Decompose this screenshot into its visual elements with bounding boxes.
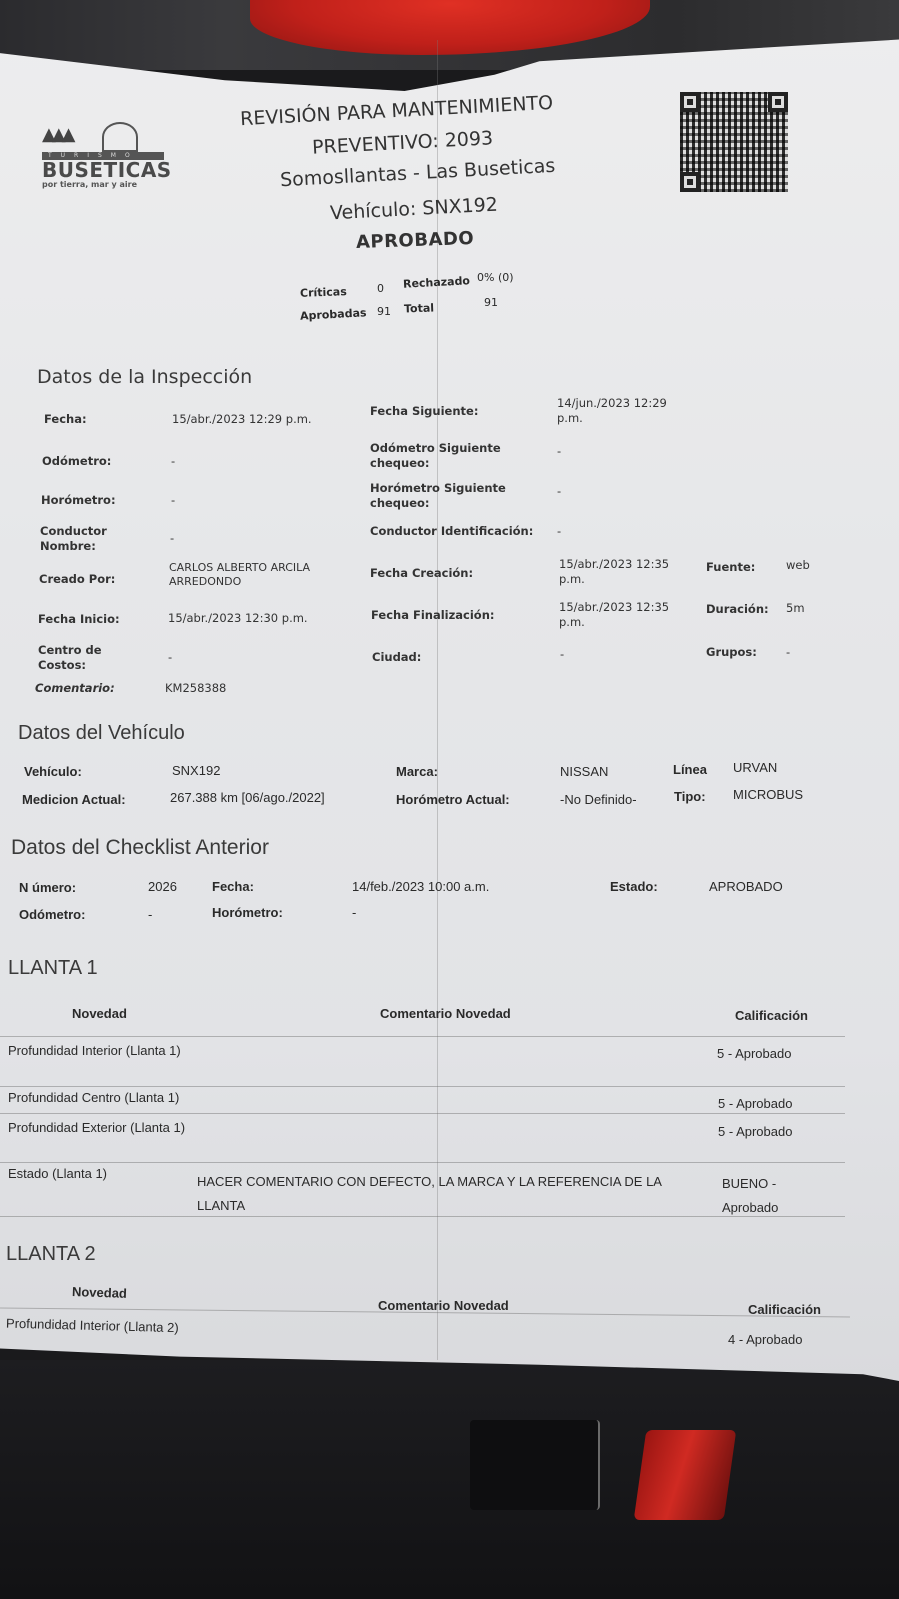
fecha-siguiente-value: 14/jun./2023 12:29 p.m. xyxy=(557,396,687,426)
fecha-label: Fecha: xyxy=(44,412,87,427)
table-row-novedad: Profundidad Exterior (Llanta 1) xyxy=(8,1117,188,1139)
buseticas-logo: ▲▲▲ TURISMO BUSETICAS por tierra, mar y … xyxy=(42,122,172,189)
llanta-1-header-calificacion: Calificación xyxy=(735,1008,808,1023)
tipo-label: Tipo: xyxy=(674,789,706,804)
logo-name: BUSETICAS xyxy=(42,160,172,180)
table-row-novedad: Profundidad Centro (Llanta 1) xyxy=(8,1090,179,1105)
horometro-label: Horómetro: xyxy=(41,493,116,508)
fuente-value: web xyxy=(786,558,810,573)
duracion-label: Duración: xyxy=(706,602,769,617)
ciudad-label: Ciudad: xyxy=(372,650,421,665)
fecha-finalizacion-label: Fecha Finalización: xyxy=(371,608,495,623)
fecha-creacion-label: Fecha Creación: xyxy=(370,566,473,581)
conductor-nombre-value: - xyxy=(170,531,174,546)
checklist-odometro-label: Odómetro: xyxy=(19,907,85,922)
status-badge: APROBADO xyxy=(356,228,475,253)
total-label: Total xyxy=(404,301,434,315)
creado-por-value: CARLOS ALBERTO ARCILA ARREDONDO xyxy=(169,561,329,589)
tipo-value: MICROBUS xyxy=(733,787,803,802)
horometro-siguiente-label: Horómetro Siguiente chequeo: xyxy=(370,481,520,511)
seat-belt-red xyxy=(634,1430,737,1520)
section-title-checklist-anterior: Datos del Checklist Anterior xyxy=(11,836,269,860)
section-title-inspeccion: Datos de la Inspección xyxy=(37,366,252,388)
background-car-seat xyxy=(0,1360,899,1599)
llanta-1-title: LLANTA 1 xyxy=(8,957,98,980)
table-divider xyxy=(0,1113,845,1114)
fecha-value: 15/abr./2023 12:29 p.m. xyxy=(172,412,312,427)
odometro-siguiente-value: - xyxy=(557,444,561,459)
total-value: 91 xyxy=(484,296,498,309)
fuente-label: Fuente: xyxy=(706,560,755,575)
medicion-label: Medicion Actual: xyxy=(22,792,126,807)
marca-label: Marca: xyxy=(396,764,438,779)
checklist-fecha-value: 14/feb./2023 10:00 a.m. xyxy=(352,879,489,894)
grupos-label: Grupos: xyxy=(706,645,757,660)
llanta-1-header-comentario: Comentario Novedad xyxy=(380,1006,511,1021)
rechazado-value: 0% (0) xyxy=(477,271,514,284)
checklist-odometro-value: - xyxy=(148,907,152,922)
vehiculo-label: Vehículo: xyxy=(24,764,82,779)
qr-code-icon xyxy=(680,92,788,192)
numero-label: N úmero: xyxy=(19,880,76,895)
aprobadas-value: 91 xyxy=(377,305,391,318)
table-divider xyxy=(0,1036,845,1037)
table-divider xyxy=(0,1216,845,1217)
odometro-label: Odómetro: xyxy=(42,454,111,469)
globe-birds-icon: ▲▲▲ xyxy=(42,122,162,152)
llanta-1-header-novedad: Novedad xyxy=(72,1006,127,1021)
table-divider xyxy=(0,1086,845,1087)
fecha-inicio-value: 15/abr./2023 12:30 p.m. xyxy=(168,611,308,626)
estado-label: Estado: xyxy=(610,879,658,894)
odometro-value: - xyxy=(171,454,175,469)
vehiculo-value: SNX192 xyxy=(172,763,220,778)
duracion-value: 5m xyxy=(786,601,805,616)
checklist-horometro-value: - xyxy=(352,905,356,920)
comentario-value: KM258388 xyxy=(165,681,226,696)
centro-costos-value: - xyxy=(168,650,172,665)
table-row-calificacion: 5 - Aprobado xyxy=(717,1046,791,1061)
section-title-vehiculo: Datos del Vehículo xyxy=(18,722,185,745)
conductor-id-value: - xyxy=(557,524,561,539)
fecha-siguiente-label: Fecha Siguiente: xyxy=(370,404,478,419)
checklist-horometro-label: Horómetro: xyxy=(212,905,283,920)
llanta-2-header-novedad: Novedad xyxy=(72,1284,127,1301)
fecha-creacion-value: 15/abr./2023 12:35 p.m. xyxy=(559,557,689,587)
fecha-inicio-label: Fecha Inicio: xyxy=(38,612,120,627)
horometro-siguiente-value: - xyxy=(557,484,561,499)
odometro-siguiente-label: Odómetro Siguiente chequeo: xyxy=(370,441,520,471)
conductor-nombre-label: Conductor Nombre: xyxy=(40,524,125,554)
seat-buckle xyxy=(470,1420,600,1510)
marca-value: NISSAN xyxy=(560,764,608,779)
grupos-value: - xyxy=(786,645,790,660)
table-row-novedad: Estado (Llanta 1) xyxy=(8,1166,107,1181)
linea-value: URVAN xyxy=(733,760,777,775)
table-row-calificacion: BUENO - Aprobado xyxy=(722,1172,802,1220)
llanta-2-title: LLANTA 2 xyxy=(6,1243,96,1266)
creado-por-label: Creado Por: xyxy=(39,572,115,587)
table-row-comentario: HACER COMENTARIO CON DEFECTO, LA MARCA Y… xyxy=(197,1170,687,1218)
criticas-value: 0 xyxy=(377,282,384,295)
linea-label: Línea xyxy=(673,762,707,777)
horometro-value: - xyxy=(171,493,175,508)
table-row-novedad: Profundidad Interior (Llanta 1) xyxy=(8,1040,188,1062)
centro-costos-label: Centro de Costos: xyxy=(38,643,118,673)
horometro-actual-value: -No Definido- xyxy=(560,792,637,807)
table-divider xyxy=(0,1162,845,1163)
estado-value: APROBADO xyxy=(709,879,783,894)
conductor-id-label: Conductor Identificación: xyxy=(370,524,533,539)
fecha-finalizacion-value: 15/abr./2023 12:35 p.m. xyxy=(559,600,689,630)
medicion-value: 267.388 km [06/ago./2022] xyxy=(170,790,325,805)
horometro-actual-label: Horómetro Actual: xyxy=(396,792,510,807)
ciudad-value: - xyxy=(560,647,564,662)
numero-value: 2026 xyxy=(148,879,177,894)
criticas-label: Críticas xyxy=(300,285,347,300)
comentario-label: Comentario: xyxy=(35,681,115,696)
checklist-fecha-label: Fecha: xyxy=(212,879,254,894)
table-row-calificacion: 5 - Aprobado xyxy=(718,1124,792,1139)
table-row-calificacion: 4 - Aprobado xyxy=(728,1332,802,1347)
table-row-calificacion: 5 - Aprobado xyxy=(718,1096,792,1111)
